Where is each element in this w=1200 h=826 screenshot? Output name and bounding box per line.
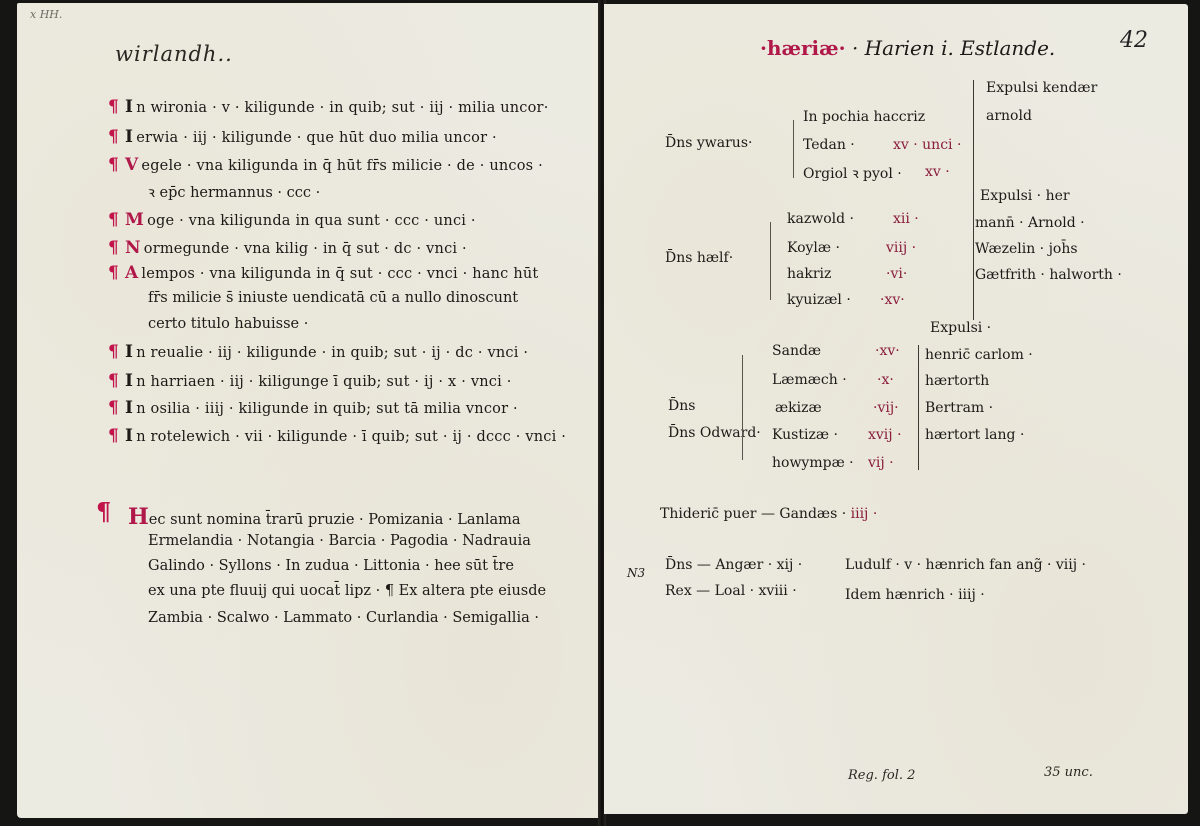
expelled-line: Bertram · — [925, 400, 993, 416]
column-divider — [973, 80, 974, 320]
entry-text: erwia · iij · kiligunde · que hūt duo mi… — [136, 130, 497, 146]
entry-line: ¶Normegunde · vna kilig · in q̄ sut · dc… — [108, 238, 467, 258]
holding-value: ·vi· — [886, 266, 907, 282]
pilcrow-icon: ¶ — [108, 263, 119, 283]
holding-value: ·xv· — [880, 292, 905, 308]
entry-line: ¶In harriaen · iij · kiligunge ī quib; s… — [108, 371, 512, 391]
holding-place: Kustizæ · — [772, 427, 838, 443]
initial: N — [125, 238, 141, 258]
entry-text: egele · vna kiligunda in q̄ hūt fr̄s mil… — [141, 158, 543, 174]
entry-text: n harriaen · iij · kiligunge ī quib; sut… — [136, 374, 511, 390]
holding-place: Sandæ — [772, 343, 821, 359]
expelled-line: mann̄ · Arnold · — [975, 215, 1085, 231]
holding-value: xii · — [893, 211, 919, 227]
footer-note: 35 unc. — [1044, 765, 1093, 780]
holding-value: ·vij· — [873, 400, 899, 416]
pilcrow-icon: ¶ — [108, 238, 119, 258]
entry-line: ¶In reualie · iij · kiligunde · in quib;… — [108, 342, 528, 362]
holding-value: ·x· — [877, 372, 894, 388]
initial: I — [125, 398, 133, 418]
bracket-line — [770, 222, 771, 300]
entry-line: ¶In osilia · iiij · kiligunde in quib; s… — [108, 398, 518, 418]
initial: I — [125, 97, 133, 117]
expelled-line: hærtort lang · — [925, 427, 1024, 443]
prussia-line: Galindo · Syllons · In zudua · Littonia … — [148, 558, 514, 574]
initial: I — [125, 426, 133, 446]
prussia-line: Hec sunt nomina t̄rarū pruzie · Pomizani… — [128, 504, 521, 530]
pilcrow-icon: ¶ — [96, 497, 111, 526]
entry-line: ¶Vegele · vna kiligunda in q̄ hūt fr̄s m… — [108, 155, 543, 175]
holding-value: ·xv· — [875, 343, 900, 359]
entry-line: ¶In wironia · v · kiligunde · in quib; s… — [108, 97, 549, 117]
prussia-line: ex una pte fluuij qui uocat̄ lipz · ¶ Ex… — [148, 583, 546, 599]
final-line-left: D̄ns — Angær · xij · — [665, 557, 802, 573]
entry-text: lempos · vna kiligunda in q̄ sut · ccc ·… — [141, 266, 538, 282]
pilcrow-icon: ¶ — [108, 371, 119, 391]
holding-value: xv · — [925, 164, 950, 180]
pilcrow-icon: ¶ — [108, 155, 119, 175]
pilcrow-icon: ¶ — [108, 97, 119, 117]
pilcrow-icon: ¶ — [108, 127, 119, 147]
holding-value: xvij · — [868, 427, 902, 443]
holding-place: Koylæ · — [787, 240, 840, 256]
expelled-line: Gætfrith · halworth · — [975, 267, 1122, 283]
expelled-line: henric̄ carlom · — [925, 347, 1033, 363]
initial: A — [125, 263, 138, 283]
initial: H — [128, 504, 149, 530]
holding-place: Læmæch · — [772, 372, 847, 388]
holding-place: Tedan · — [803, 137, 855, 153]
lord-name: D̄ns ywarus· — [665, 135, 752, 151]
bracket-line — [742, 355, 743, 460]
holding-value: xv · unci · — [893, 137, 961, 153]
initial: V — [125, 155, 138, 175]
thideric-value: iiij · — [851, 506, 878, 522]
holding-value: vij · — [868, 455, 894, 471]
holding-place: howympæ · — [772, 455, 854, 471]
expelled-line: Expulsi · her — [980, 188, 1070, 204]
holding-value: viij · — [886, 240, 916, 256]
initial: I — [125, 127, 133, 147]
rubric-heading: ·hæriæ· — [760, 36, 846, 60]
entry-text: n rotelewich · vii · kiligunde · ī quib;… — [136, 429, 566, 445]
holding-place: ækizæ — [775, 400, 822, 416]
thideric-line: Thideric̄ puer — Gandæs · iiij · — [660, 506, 877, 522]
final-line-right: Idem hænrich · iiij · — [845, 587, 985, 603]
pilcrow-icon: ¶ — [108, 342, 119, 362]
expelled-line: hærtorth — [925, 373, 989, 389]
pilcrow-icon: ¶ — [108, 398, 119, 418]
expelled-line: Expulsi kendær — [986, 80, 1097, 96]
entry-line: ¶Alempos · vna kiligunda in q̄ sut · ccc… — [108, 263, 538, 283]
prussia-line: Ermelandia · Notangia · Barcia · Pagodia… — [148, 533, 531, 549]
holding-place: Orgiol ꝛ pyol · — [803, 164, 902, 183]
holding-place: kazwold · — [787, 211, 854, 227]
expelled-line: arnold — [986, 108, 1032, 124]
initial: M — [125, 210, 144, 230]
pilcrow-icon: ¶ — [108, 426, 119, 446]
entry-text: n wironia · v · kiligunde · in quib; sut… — [136, 100, 548, 116]
lord-name-part: D̄ns — [668, 398, 695, 414]
prussia-line: Zambia · Scalwo · Lammato · Curlandia · … — [148, 610, 539, 626]
final-line-right: Ludulf · v · hænrich fan ang̃ · viij · — [845, 557, 1086, 573]
footer-note: Reg. fol. 2 — [848, 768, 915, 783]
entry-continuation: ꝛ ep̄c hermannus · ccc · — [148, 182, 320, 202]
final-line-left: Rex — Loal · xviii · — [665, 583, 797, 599]
entry-text: n reualie · iij · kiligunde · in quib; s… — [136, 345, 528, 361]
bracket-line — [793, 120, 794, 178]
entry-text: oge · vna kiligunda in qua sunt · ccc · … — [147, 213, 476, 229]
entry-line: ¶In rotelewich · vii · kiligunde · ī qui… — [108, 426, 566, 446]
holding-place: In pochia haccriz — [803, 109, 925, 125]
lord-name: D̄ns Odward· — [668, 425, 761, 441]
column-divider — [918, 345, 919, 470]
initial: I — [125, 371, 133, 391]
entry-continuation: fr̄s milicie s̄ iniuste uendicatā cū a n… — [148, 290, 518, 306]
folio-number: 42 — [1120, 28, 1148, 53]
entry-text: n osilia · iiij · kiligunde in quib; sut… — [136, 401, 518, 417]
left-page-title: wirlandh.. — [115, 42, 233, 66]
entry-line: ¶Moge · vna kiligunda in qua sunt · ccc … — [108, 210, 476, 230]
pilcrow-icon: ¶ — [108, 210, 119, 230]
entry-continuation: certo titulo habuisse · — [148, 316, 308, 332]
margin-note: N3 — [627, 566, 645, 580]
entry-line: ¶Ierwia · iij · kiligunde · que hūt duo … — [108, 127, 497, 147]
right-page-header: ·hæriæ· · Harien i. Estlande. — [760, 36, 1055, 60]
prussia-text: ec sunt nomina t̄rarū pruzie · Pomizania… — [149, 512, 521, 528]
header-annotation: · Harien i. Estlande. — [852, 36, 1055, 60]
entry-text: ormegunde · vna kilig · in q̄ sut · dc ·… — [144, 241, 467, 257]
lord-name: D̄ns hælf· — [665, 250, 733, 266]
initial: I — [125, 342, 133, 362]
holding-place: kyuizæl · — [787, 292, 851, 308]
expelled-line: Wæzelin · joh̄s — [975, 241, 1078, 257]
shelfmark: x HH. — [30, 8, 62, 21]
holding-place: hakriz — [787, 266, 831, 282]
thideric-text: Thideric̄ puer — Gandæs · — [660, 506, 846, 522]
expelled-line: Expulsi · — [930, 320, 991, 336]
